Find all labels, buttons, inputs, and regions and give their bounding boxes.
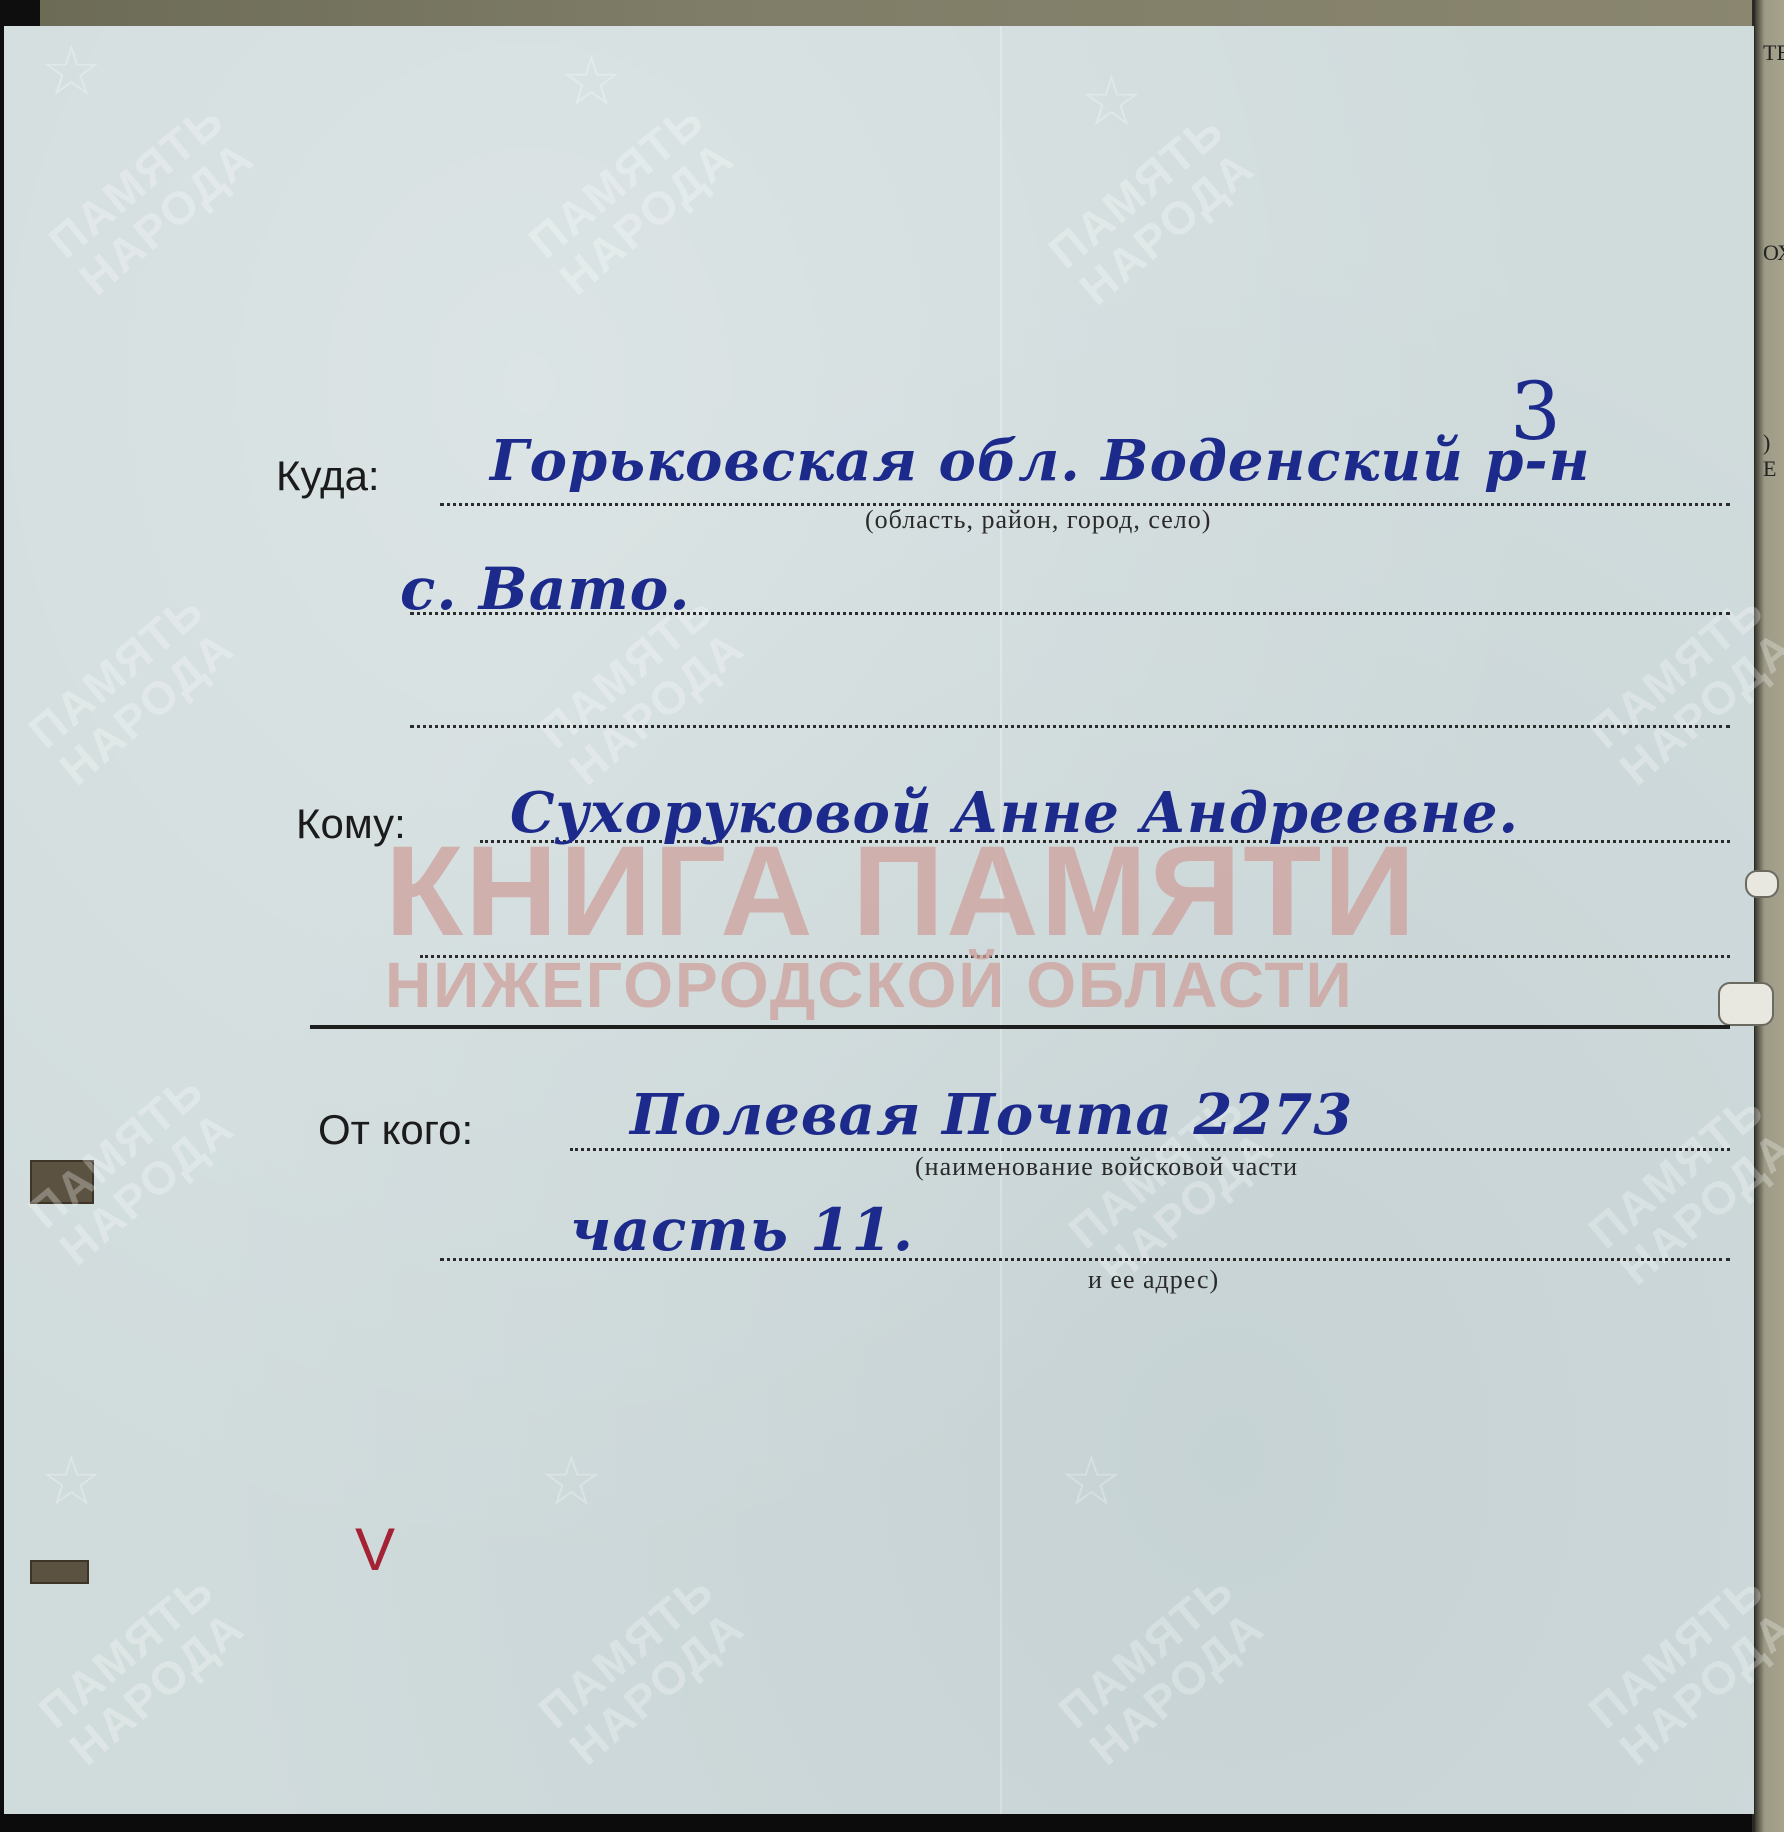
adjacent-page-fragment: ТВС (1763, 40, 1784, 66)
star-watermark-icon: ☆ (560, 40, 623, 122)
to-where-hint: (область, район, город, село) (865, 505, 1211, 535)
from-whom-label: От кого: (318, 1106, 473, 1154)
to-where-handwritten-1: Горьковская обл. Воденский р-н (490, 428, 1590, 494)
stamp-kniga-pamyati: КНИГА ПАМЯТИ (385, 818, 1417, 965)
to-where-label: Куда: (276, 452, 380, 500)
binding-clip (30, 1560, 89, 1584)
adjacent-page-fragment: ОХ (1763, 240, 1784, 266)
adjacent-page: ТВС ОХ ) Е (1752, 0, 1784, 1832)
red-check-mark: V (355, 1515, 395, 1584)
from-whom-line-1 (570, 1148, 1730, 1151)
scan-dark-bottom (0, 1812, 1784, 1832)
star-watermark-icon: ☆ (1080, 60, 1143, 142)
from-whom-line-2 (440, 1258, 1730, 1261)
to-where-line-3 (410, 725, 1730, 728)
from-whom-hint-1: (наименование войсковой части (915, 1152, 1298, 1182)
to-where-line-2 (410, 612, 1730, 615)
star-watermark-icon: ☆ (40, 30, 103, 112)
handwritten-digit-3: 3 (1510, 365, 1562, 458)
from-whom-hint-2: и ее адрес) (1088, 1265, 1219, 1295)
stamp-nizhegorodskoy-oblasti: НИЖЕГОРОДСКОЙ ОБЛАСТИ (385, 948, 1354, 1022)
section-divider (310, 1025, 1730, 1029)
binding-thread (1745, 870, 1779, 898)
star-watermark-icon: ☆ (1060, 1440, 1123, 1522)
from-whom-handwritten-2: часть 11. (570, 1196, 914, 1264)
adjacent-page-fragment: ) Е (1763, 430, 1784, 482)
star-watermark-icon: ☆ (540, 1440, 603, 1522)
binding-thread (1718, 982, 1774, 1026)
star-watermark-icon: ☆ (40, 1440, 103, 1522)
from-whom-handwritten-1: Полевая Почта 2273 (630, 1082, 1353, 1148)
